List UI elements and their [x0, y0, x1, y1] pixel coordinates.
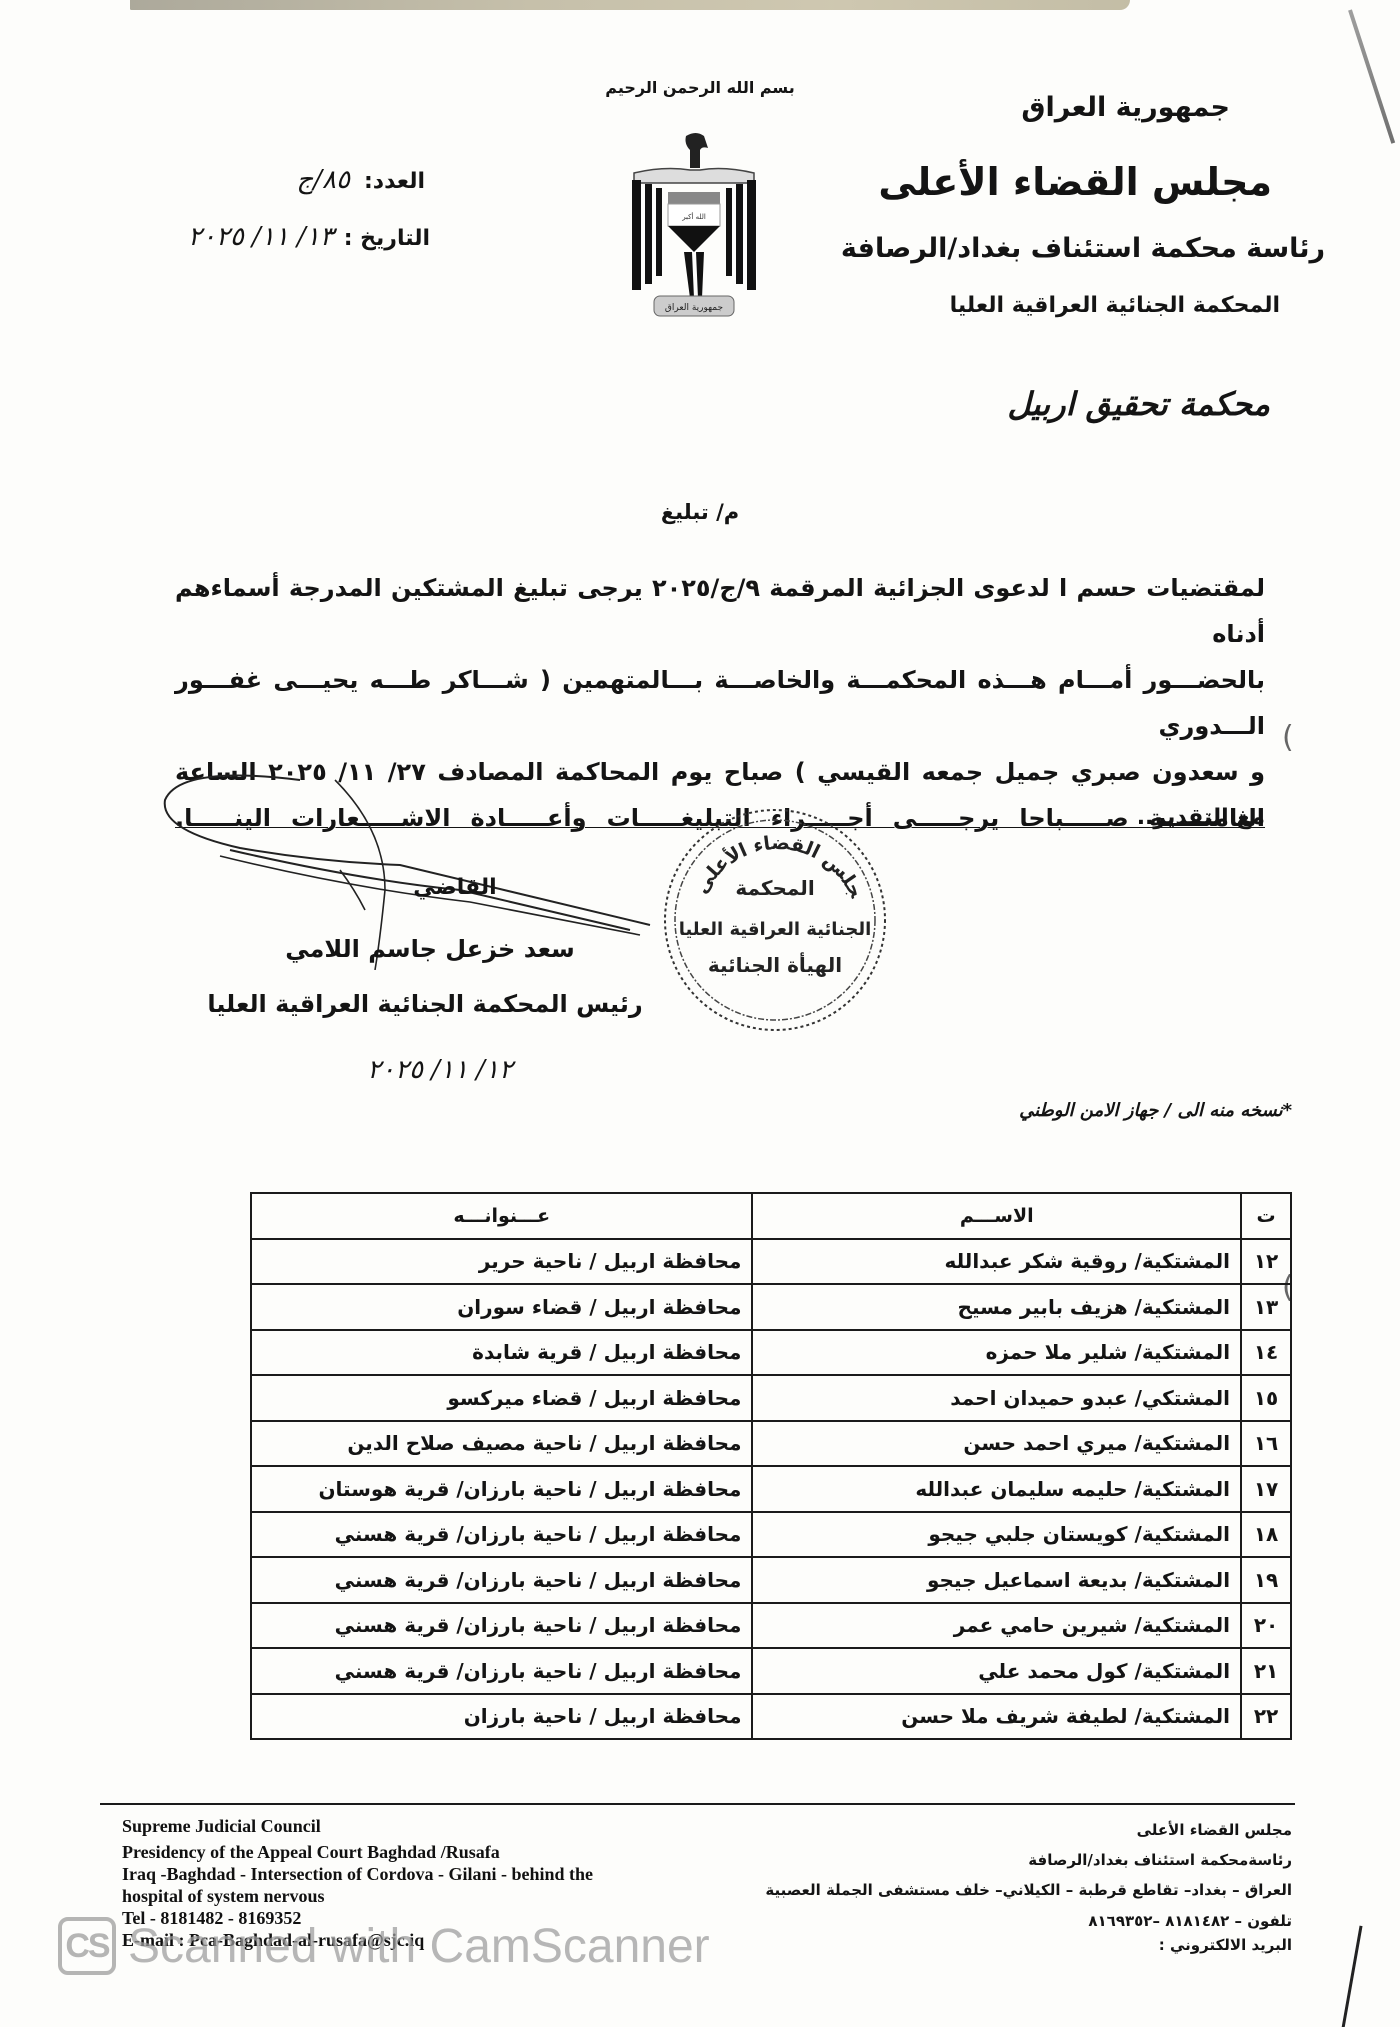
footer-presidency-ar: رئاسةمحكمة استئناف بغداد/الرصافة — [752, 1845, 1292, 1875]
row-name: المشتكية/ كويستان جلبي جيجو — [752, 1512, 1241, 1558]
judge-position: رئيس المحكمة الجنائية العراقية العليا — [200, 990, 650, 1018]
row-address: محافظة اربيل / قضاء سوران — [251, 1284, 752, 1330]
body-line: بالحضـــور أمـــام هـــذه المحكمـــة وال… — [175, 657, 1265, 749]
row-address: محافظة اربيل / ناحية بارزان/ قرية هسني — [251, 1648, 752, 1694]
table-row: ٢٢المشتكية/ لطيفة شريف ملا حسنمحافظة ارب… — [251, 1694, 1291, 1740]
camscanner-text: Scanned with CamScanner — [128, 1919, 710, 1974]
judge-title: القاضي — [405, 875, 505, 900]
row-number: ١٧ — [1241, 1466, 1291, 1512]
table-row: ١٩المشتكية/ بديعة اسماعيل جيجومحافظة ارب… — [251, 1557, 1291, 1603]
footer-address-en-2: hospital of system nervous — [122, 1885, 742, 1907]
presidency-heading: رئاسة محكمة استئناف بغداد/الرصافة — [841, 233, 1325, 264]
footer-address-en: Iraq -Baghdad - Intersection of Cordova … — [122, 1863, 742, 1885]
row-name: المشتكية/ بديعة اسماعيل جيجو — [752, 1557, 1241, 1603]
row-name: المشتكية/ ميري احمد حسن — [752, 1421, 1241, 1467]
svg-text:الهيأة الجنائية: الهيأة الجنائية — [708, 951, 842, 977]
bismillah: بسم الله الرحمن الرحيم — [600, 78, 800, 97]
footer-arabic: مجلس القضاء الأعلى رئاسةمحكمة استئناف بغ… — [752, 1815, 1292, 1957]
republic-heading: جمهورية العراق — [1021, 92, 1230, 123]
page-fold-line — [1348, 9, 1395, 143]
footer-org-ar: مجلس القضاء الأعلى — [752, 1815, 1292, 1845]
page-fold-line — [1340, 1926, 1362, 2027]
footer-email-ar: البريد الالكتروني : — [752, 1933, 1292, 1957]
footer-presidency-en: Presidency of the Appeal Court Baghdad /… — [122, 1841, 742, 1863]
number-value: ٨٥/ج — [297, 165, 350, 195]
reference-number: العدد: ٨٥/ج — [195, 165, 425, 195]
row-address: محافظة اربيل / ناحية حرير — [251, 1239, 752, 1285]
svg-text:الجنائية العراقية العليا: الجنائية العراقية العليا — [679, 919, 872, 940]
table-row: ١٨المشتكية/ كويستان جلبي جيجومحافظة اربي… — [251, 1512, 1291, 1558]
camscanner-logo-icon: CS — [58, 1917, 116, 1975]
body-line: لمقتضيات حسم ا لدعوى الجزائية المرقمة ٩/… — [175, 565, 1265, 657]
margin-mark: ( — [1282, 720, 1294, 755]
row-number: ٢٢ — [1241, 1694, 1291, 1740]
row-number: ٢١ — [1241, 1648, 1291, 1694]
table-header-row: ت الاســـم عـــنوانـــه — [251, 1193, 1291, 1239]
table-row: ١٣المشتكية/ هزيف بابير مسيحمحافظة اربيل … — [251, 1284, 1291, 1330]
footer-tel-ar: تلفون – ٨١٨١٤٨٢ –٨١٦٩٣٥٢ — [752, 1909, 1292, 1933]
row-address: محافظة اربيل / ناحية بارزان — [251, 1694, 752, 1740]
row-address: محافظة اربيل / قضاء ميركسو — [251, 1375, 752, 1421]
complainants-table: ت الاســـم عـــنوانـــه ١٢المشتكية/ روقي… — [250, 1192, 1292, 1740]
row-name: المشتكية/ كول محمد علي — [752, 1648, 1241, 1694]
row-address: محافظة اربيل / ناحية بارزان/ قرية هسني — [251, 1603, 752, 1649]
regards: مع التقدير.. — [1137, 805, 1265, 830]
row-address: محافظة اربيل / ناحية مصيف صلاح الدين — [251, 1421, 752, 1467]
number-label: العدد: — [364, 169, 425, 194]
row-number: ١٨ — [1241, 1512, 1291, 1558]
column-header-number: ت — [1241, 1193, 1291, 1239]
svg-text:الله أكبر: الله أكبر — [681, 212, 706, 221]
row-number: ١٤ — [1241, 1330, 1291, 1376]
column-header-name: الاســـم — [752, 1193, 1241, 1239]
date-value: ١٣/ ١١/ ٢٠٢٥ — [188, 222, 334, 252]
judge-name: سعد خزعل جاسم اللامي — [280, 935, 580, 963]
investigation-court-heading: محكمة تحقيق اربيل — [1007, 385, 1270, 423]
subject-line: م/ تبليغ — [560, 500, 840, 524]
row-name: المشتكية/ شيرين حامي عمر — [752, 1603, 1241, 1649]
row-name: المشتكية/ روقية شكر عبدالله — [752, 1239, 1241, 1285]
row-number: ١٩ — [1241, 1557, 1291, 1603]
court-heading: المحكمة الجنائية العراقية العليا — [950, 293, 1280, 318]
iraq-emblem-icon: الله أكبر جمهورية العراق — [624, 128, 764, 323]
row-number: ١٦ — [1241, 1421, 1291, 1467]
council-heading: مجلس القضاء الأعلى — [878, 160, 1272, 204]
date-label: التاريخ : — [344, 226, 430, 251]
row-name: المشتكية/ حليمه سليمان عبدالله — [752, 1466, 1241, 1512]
table-row: ٢٠المشتكية/ شيرين حامي عمرمحافظة اربيل /… — [251, 1603, 1291, 1649]
footer-address-ar: العراق – بغداد– تقاطع قرطبة – الكيلاني– … — [752, 1875, 1292, 1905]
svg-text:المحكمة: المحكمة — [735, 876, 814, 900]
row-number: ٢٠ — [1241, 1603, 1291, 1649]
row-address: محافظة اربيل / ناحية بارزان/ قرية هوستان — [251, 1466, 752, 1512]
footer-org-en: Supreme Judicial Council — [122, 1815, 742, 1837]
table-row: ١٦المشتكية/ ميري احمد حسنمحافظة اربيل / … — [251, 1421, 1291, 1467]
column-header-address: عـــنوانـــه — [251, 1193, 752, 1239]
table-row: ٢١المشتكية/ كول محمد عليمحافظة اربيل / ن… — [251, 1648, 1291, 1694]
row-address: محافظة اربيل / ناحية بارزان/ قرية هسني — [251, 1557, 752, 1603]
reference-date: التاريخ : ١٣/ ١١/ ٢٠٢٥ — [140, 222, 430, 252]
signature-date: ١٢/ ١١/ ٢٠٢٥ — [300, 1055, 580, 1085]
table-row: ١٥المشتكي/ عبدو حميدان احمدمحافظة اربيل … — [251, 1375, 1291, 1421]
copy-to-note: *نسخه منه الى / جهاز الامن الوطني — [1019, 1100, 1292, 1121]
row-address: محافظة اربيل / قرية شابدة — [251, 1330, 752, 1376]
table-row: ١٤المشتكية/ شلير ملا حمزهمحافظة اربيل / … — [251, 1330, 1291, 1376]
camscanner-watermark: CS Scanned with CamScanner — [58, 1917, 710, 1975]
table-row: ١٧المشتكية/ حليمه سليمان عبداللهمحافظة ا… — [251, 1466, 1291, 1512]
scan-edge-artifact — [130, 0, 1130, 10]
table-row: ١٢المشتكية/ روقية شكر عبداللهمحافظة اربي… — [251, 1239, 1291, 1285]
row-name: المشتكية/ شلير ملا حمزه — [752, 1330, 1241, 1376]
row-number: ١٣ — [1241, 1284, 1291, 1330]
row-name: المشتكية/ لطيفة شريف ملا حسن — [752, 1694, 1241, 1740]
row-number: ١٥ — [1241, 1375, 1291, 1421]
row-number: ١٢ — [1241, 1239, 1291, 1285]
row-address: محافظة اربيل / ناحية بارزان/ قرية هسني — [251, 1512, 752, 1558]
row-name: المشتكي/ عبدو حميدان احمد — [752, 1375, 1241, 1421]
footer-divider — [100, 1803, 1295, 1805]
row-name: المشتكية/ هزيف بابير مسيح — [752, 1284, 1241, 1330]
official-seal-icon: مجلس القضاء الأعلى المحكمة الجنائية العر… — [655, 800, 895, 1040]
svg-text:جمهورية العراق: جمهورية العراق — [665, 303, 723, 313]
